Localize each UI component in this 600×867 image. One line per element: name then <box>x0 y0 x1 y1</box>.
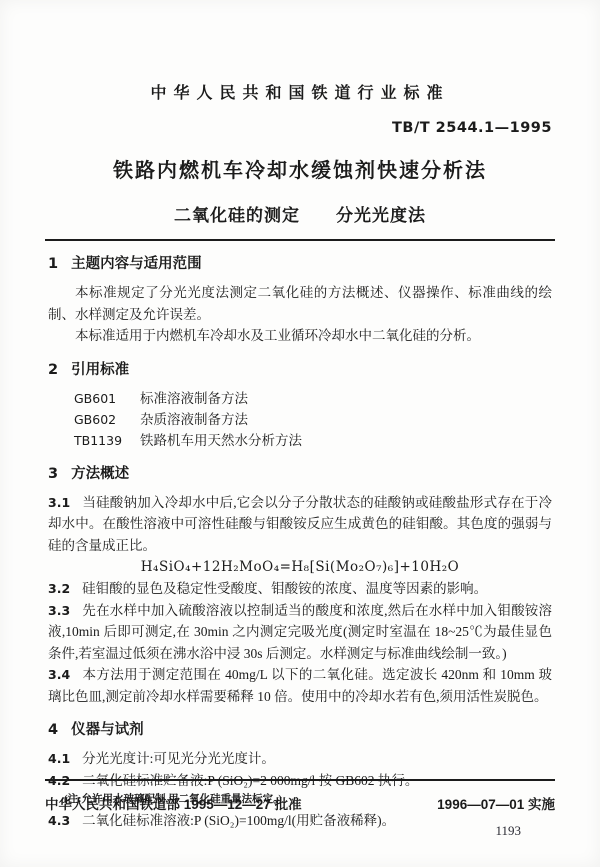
page-footer: 中华人民共和国铁道部 1995—12—27 批准 1996—07—01 实施 1… <box>45 779 555 813</box>
clause: 3.1当硅酸钠加入冷却水中后,它会以分子分散状态的硅酸钠或硅酸盐形式存在于冷却水… <box>48 492 552 557</box>
footer-line: 中华人民共和国铁道部 1995—12—27 批准 1996—07—01 实施 <box>45 793 555 813</box>
reference-title: 杂质溶液制备方法 <box>138 409 248 430</box>
clause-text: 当硅酸钠加入冷却水中后,它会以分子分散状态的硅酸钠或硅酸盐形式存在于冷却水中。在… <box>48 495 552 553</box>
document-title: 铁路内燃机车冷却水缓蚀剂快速分析法 <box>48 154 552 183</box>
section-number: 3 <box>48 466 58 482</box>
standard-org-title: 中华人民共和国铁道行业标准 <box>48 80 552 103</box>
paragraph: 本标准规定了分光光度法测定二氧化硅的方法概述、仪器操作、标准曲线的绘制、水样测定… <box>48 282 552 325</box>
reference-title: 铁路机车用天然水分析方法 <box>138 430 302 451</box>
section-title: 方法概述 <box>71 466 129 482</box>
clause: 4.1分光光度计:可见光分光光度计。 <box>48 748 552 770</box>
clause-text: 先在水样中加入硫酸溶液以控制适当的酸度和浓度,然后在水样中加入钼酸铵溶液,10m… <box>48 603 552 661</box>
reference-row: TB1139 铁路机车用天然水分析方法 <box>48 430 552 451</box>
section-scope: 1主题内容与适用范围 本标准规定了分光光度法测定二氧化硅的方法概述、仪器操作、标… <box>48 252 552 347</box>
section-title: 主题内容与适用范围 <box>71 256 202 272</box>
footer-divider <box>45 779 555 781</box>
reference-code: GB602 <box>74 409 138 430</box>
reference-code: GB601 <box>74 388 138 409</box>
section-heading: 1主题内容与适用范围 <box>48 252 552 273</box>
standard-code: TB/T 2544.1—1995 <box>48 120 552 136</box>
reference-code: TB1139 <box>74 430 138 451</box>
implementation-text: 1996—07—01 实施 <box>437 793 555 813</box>
clause-number: 4.1 <box>48 751 82 766</box>
clause-number: 3.3 <box>48 603 82 618</box>
section-heading: 3方法概述 <box>48 462 552 483</box>
section-number: 2 <box>48 362 58 378</box>
page-number: 1193 <box>495 823 521 839</box>
section-references: 2引用标准 GB601 标准溶液制备方法 GB602 杂质溶液制备方法 TB11… <box>48 358 552 451</box>
clause: 3.3先在水样中加入硫酸溶液以控制适当的酸度和浓度,然后在水样中加入钼酸铵溶液,… <box>48 600 552 665</box>
clause-text: 硅钼酸的显色及稳定性受酸度、钼酸铵的浓度、温度等因素的影响。 <box>82 581 487 596</box>
reference-row: GB602 杂质溶液制备方法 <box>48 409 552 430</box>
section-title: 仪器与试剂 <box>71 722 144 738</box>
clause-text: 分光光度计:可见光分光光度计。 <box>82 751 275 766</box>
document-page: 中华人民共和国铁道行业标准 TB/T 2544.1—1995 铁路内燃机车冷却水… <box>0 0 600 867</box>
clause-number: 3.2 <box>48 581 82 596</box>
clause-number: 3.4 <box>48 667 82 682</box>
reference-title: 标准溶液制备方法 <box>138 388 248 409</box>
clause-number: 3.1 <box>48 495 82 510</box>
reference-row: GB601 标准溶液制备方法 <box>48 388 552 409</box>
clause-text: 二氧化硅标准溶液:P (SiO₂)=100mg/l(用贮备液稀释)。 <box>82 813 395 828</box>
document-subtitle: 二氧化硅的测定 分光光度法 <box>48 201 552 226</box>
clause: 3.4本方法用于测定范围在 40mg/L 以下的二氧化硅。选定波长 420nm … <box>48 664 552 707</box>
section-title: 引用标准 <box>71 362 129 378</box>
section-number: 4 <box>48 722 58 738</box>
approval-text: 中华人民共和国铁道部 1995—12—27 批准 <box>45 793 302 813</box>
header-divider <box>45 239 555 241</box>
paragraph: 本标准适用于内燃机车冷却水及工业循环冷却水中二氧化硅的分析。 <box>48 325 552 347</box>
section-number: 1 <box>48 256 58 272</box>
chemical-formula: H₄SiO₄+12H₂MoO₄=H₈[Si(Mo₂O₇)₆]+10H₂O <box>48 556 552 578</box>
section-heading: 2引用标准 <box>48 358 552 379</box>
clause: 4.3二氧化硅标准溶液:P (SiO₂)=100mg/l(用贮备液稀释)。 <box>48 810 552 832</box>
section-heading: 4仪器与试剂 <box>48 718 552 739</box>
section-instruments-reagents: 4仪器与试剂 4.1分光光度计:可见光分光光度计。 4.2二氧化硅标准贮备液:P… <box>48 718 552 832</box>
section-method-overview: 3方法概述 3.1当硅酸钠加入冷却水中后,它会以分子分散状态的硅酸钠或硅酸盐形式… <box>48 462 552 708</box>
clause-number: 4.3 <box>48 813 82 828</box>
clause: 3.2硅钼酸的显色及稳定性受酸度、钼酸铵的浓度、温度等因素的影响。 <box>48 578 552 600</box>
clause-text: 本方法用于测定范围在 40mg/L 以下的二氧化硅。选定波长 420nm 和 1… <box>48 667 552 704</box>
